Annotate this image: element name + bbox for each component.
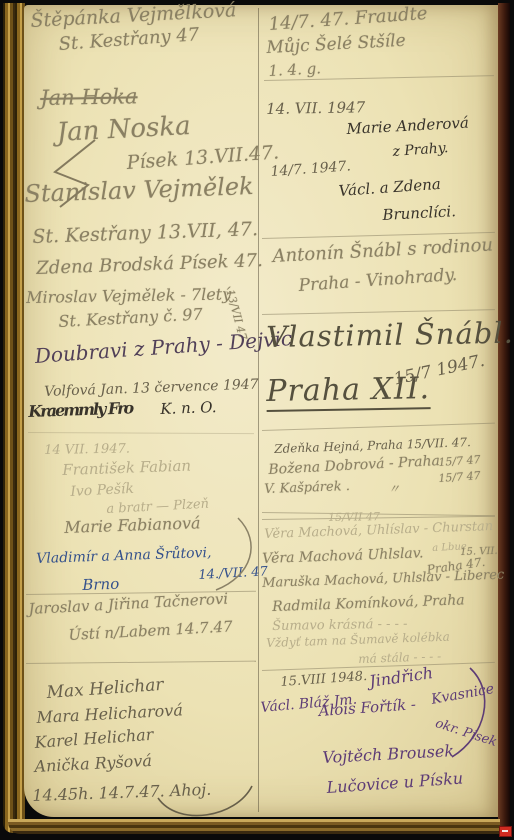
page-right-edge (498, 3, 510, 833)
book-binding-edge (3, 3, 25, 833)
page-bottom-edge (8, 819, 500, 834)
guestbook-entry: Ivo Pešík (70, 481, 134, 500)
guestbook-entry-crossed-out: Jan Hoka (40, 84, 138, 110)
guestbook-entry: 15/VII 47 (328, 510, 380, 524)
guestbook-entry: K. n. O. (160, 398, 217, 418)
guestbook-scan: Štěpánka Vejmělková St. Kestřany 47 Jan … (0, 0, 514, 840)
guestbook-entry: 1. 4. g. (268, 59, 321, 80)
guestbook-entry: 14 VII. 1947. (44, 442, 130, 458)
guestbook-entry: Brunclíci. (382, 202, 456, 224)
guestbook-entry: 14. VII. 1947 (266, 98, 365, 118)
guestbook-entry-large: Vlastimil Šnábl. (266, 316, 514, 354)
column-divider-line (258, 8, 259, 812)
guestbook-ditto-mark: 〃 (388, 480, 400, 497)
guestbook-entry-scrawled-signature: Kraemmly Fro (28, 398, 132, 421)
guestbook-entry: Brno (82, 575, 119, 594)
guestbook-entry: V. Kašpárek . (264, 479, 350, 497)
red-scan-marker (499, 826, 512, 837)
